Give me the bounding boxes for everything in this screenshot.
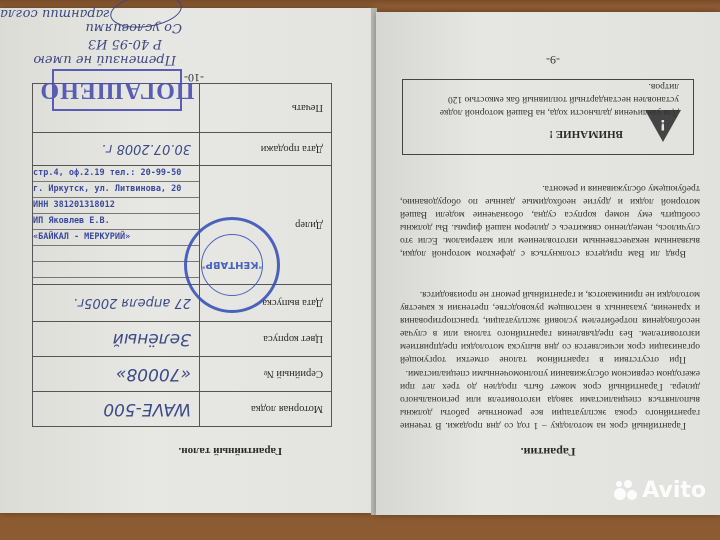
stamp-center-text: "КЕНТАВР" <box>200 260 263 271</box>
round-company-stamp: "КЕНТАВР" <box>184 217 280 313</box>
row-label: Печать <box>200 84 332 133</box>
dealer-line: ИП Яковлев Е.В. <box>33 214 199 230</box>
table-row: Серийный № «70008» <box>33 357 332 392</box>
guarantee-paragraph: Гарантийный срок на мотолодку – 1 год со… <box>400 366 700 431</box>
page-number: -10- <box>184 70 204 85</box>
table-row: Дилер стр.4, оф.2.19 тел.: 20-99-50 г. И… <box>33 166 332 285</box>
row-value: 27 апреля 2005г. <box>33 285 200 322</box>
warranty-card-title: Гарантийный талон. <box>179 445 282 457</box>
row-value: Зелёный <box>33 322 200 357</box>
table-row: Дата выпуска 27 апреля 2005г. <box>33 285 332 322</box>
handwritten-note-line: Претензий не имею <box>33 52 176 67</box>
row-label: Серийный № <box>200 357 332 392</box>
row-value: WAVE-500 <box>33 392 200 427</box>
table-row: Цвет корпуса Зелёный <box>33 322 332 357</box>
dealer-line: г. Иркутск, ул. Литвинова, 20 <box>33 182 199 198</box>
row-label: Моторная лодка <box>200 392 332 427</box>
dealer-line: стр.4, оф.2.19 тел.: 20-99-50 <box>33 166 199 182</box>
warning-text: Для увеличения дальности хода, на Вашей … <box>417 79 679 118</box>
row-value: 30.07.2008 г. <box>33 133 200 166</box>
guarantee-paragraph: При отсутствии в гарантийном талоне отме… <box>400 287 700 365</box>
row-value: «70008» <box>33 357 200 392</box>
dealer-stamp: стр.4, оф.2.19 тел.: 20-99-50 г. Иркутск… <box>33 166 200 285</box>
cancelled-stamp: ПОГАШЕНО <box>52 69 182 111</box>
row-label: Цвет корпуса <box>200 322 332 357</box>
warning-box: ВНИМАНИЕ ! Для увеличения дальности хода… <box>402 79 694 155</box>
blank-line <box>33 262 199 278</box>
warranty-card-page: Гарантийный талон. Моторная лодка WAVE-5… <box>0 8 372 513</box>
handwritten-note-line: Р 40-95 ИЗ <box>88 36 162 51</box>
dealer-line: ИНН 381201318012 <box>33 198 199 214</box>
table-row: Дата продажи 30.07.2008 г. <box>33 133 332 166</box>
row-label: Дата продажи <box>200 133 332 166</box>
avito-logo-icon <box>614 480 638 502</box>
guarantee-title: Гарантии. <box>376 444 720 459</box>
warning-title: ВНИМАНИЕ ! <box>549 128 623 140</box>
warranty-card-table: Моторная лодка WAVE-500 Серийный № «7000… <box>32 83 332 427</box>
page-number: -9- <box>546 52 560 67</box>
avito-wordmark: Avito <box>642 478 706 503</box>
table-row: Моторная лодка WAVE-500 <box>33 392 332 427</box>
dealer-line: «БАЙКАЛ - МЕРКУРИЙ» <box>33 230 199 246</box>
blank-line <box>33 246 199 262</box>
guarantee-page: Гарантии. Гарантийный срок на мотолодку … <box>376 12 720 515</box>
guarantee-paragraph: Вряд ли Вам придется столкнуться с дефек… <box>400 181 700 259</box>
avito-watermark: Avito <box>614 478 706 503</box>
handwritten-note-line: гарантии согласен <box>0 6 110 21</box>
